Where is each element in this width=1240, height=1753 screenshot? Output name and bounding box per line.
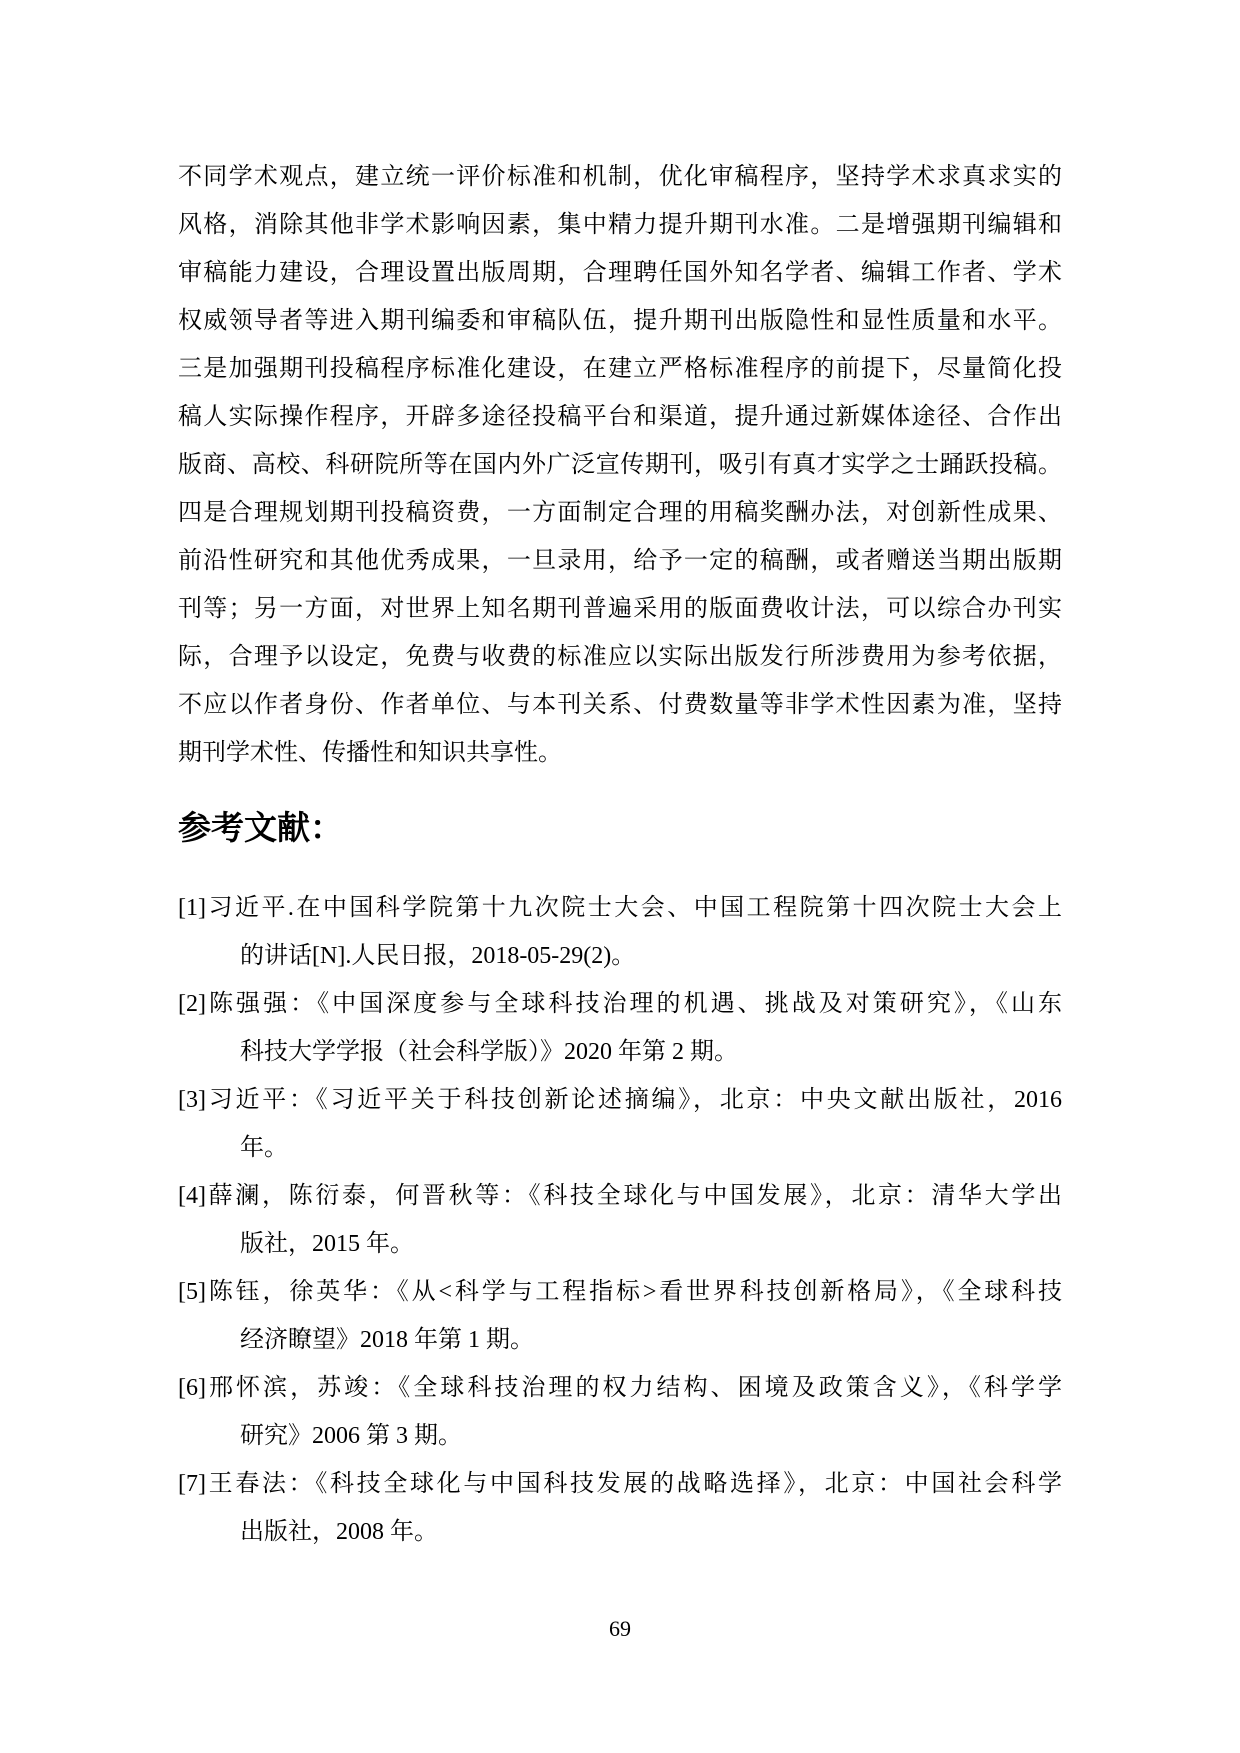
reference-continuation-line: 出版社，2008 年。 <box>178 1508 1062 1556</box>
reference-line: [2]陈强强：《中国深度参与全球科技治理的机遇、挑战及对策研究》，《山东 <box>178 980 1062 1028</box>
reference-line: [6]邢怀滨，苏竣：《全球科技治理的权力结构、困境及政策含义》，《科学学 <box>178 1364 1062 1412</box>
body-line: 期刊学术性、传播性和知识共享性。 <box>178 729 1062 777</box>
reference-continuation-line: 版社，2015 年。 <box>178 1220 1062 1268</box>
body-line: 际，合理予以设定，免费与收费的标准应以实际出版发行所涉费用为参考依据， <box>178 633 1062 681</box>
body-line: 风格，消除其他非学术影响因素，集中精力提升期刊水准。二是增强期刊编辑和 <box>178 201 1062 249</box>
reference-continuation-line: 年。 <box>178 1124 1062 1172</box>
body-paragraph: 不同学术观点，建立统一评价标准和机制，优化审稿程序，坚持学术求真求实的 风格，消… <box>178 153 1062 777</box>
reference-continuation-line: 的讲话[N].人民日报，2018-05-29(2)。 <box>178 932 1062 980</box>
reference-item: [6]邢怀滨，苏竣：《全球科技治理的权力结构、困境及政策含义》，《科学学 研究》… <box>178 1364 1062 1460</box>
reference-continuation-line: 科技大学学报（社会科学版）》2020 年第 2 期。 <box>178 1028 1062 1076</box>
reference-line: [3]习近平：《习近平关于科技创新论述摘编》，北京：中央文献出版社，2016 <box>178 1076 1062 1124</box>
reference-line: [5]陈钰，徐英华：《从<科学与工程指标>看世界科技创新格局》，《全球科技 <box>178 1268 1062 1316</box>
page-number: 69 <box>609 1616 631 1641</box>
reference-continuation-line: 经济瞭望》2018 年第 1 期。 <box>178 1316 1062 1364</box>
reference-item: [2]陈强强：《中国深度参与全球科技治理的机遇、挑战及对策研究》，《山东 科技大… <box>178 980 1062 1076</box>
reference-item: [5]陈钰，徐英华：《从<科学与工程指标>看世界科技创新格局》，《全球科技 经济… <box>178 1268 1062 1364</box>
reference-item: [4]薛澜，陈衍泰，何晋秋等：《科技全球化与中国发展》，北京：清华大学出 版社，… <box>178 1172 1062 1268</box>
document-page: 不同学术观点，建立统一评价标准和机制，优化审稿程序，坚持学术求真求实的 风格，消… <box>0 0 1240 1753</box>
page-footer: 69 <box>0 1614 1240 1644</box>
body-line: 稿人实际操作程序，开辟多途径投稿平台和渠道，提升通过新媒体途径、合作出 <box>178 393 1062 441</box>
body-line: 版商、高校、科研院所等在国内外广泛宣传期刊，吸引有真才实学之士踊跃投稿。 <box>178 441 1062 489</box>
reference-line: [7]王春法：《科技全球化与中国科技发展的战略选择》，北京：中国社会科学 <box>178 1460 1062 1508</box>
body-line: 权威领导者等进入期刊编委和审稿队伍，提升期刊出版隐性和显性质量和水平。 <box>178 297 1062 345</box>
body-line: 三是加强期刊投稿程序标准化建设，在建立严格标准程序的前提下，尽量简化投 <box>178 345 1062 393</box>
body-line: 前沿性研究和其他优秀成果，一旦录用，给予一定的稿酬，或者赠送当期出版期 <box>178 537 1062 585</box>
body-line: 审稿能力建设，合理设置出版周期，合理聘任国外知名学者、编辑工作者、学术 <box>178 249 1062 297</box>
body-line: 刊等；另一方面，对世界上知名期刊普遍采用的版面费收计法，可以综合办刊实 <box>178 585 1062 633</box>
body-line: 四是合理规划期刊投稿资费，一方面制定合理的用稿奖酬办法，对创新性成果、 <box>178 489 1062 537</box>
reference-line: [1]习近平.在中国科学院第十九次院士大会、中国工程院第十四次院士大会上 <box>178 884 1062 932</box>
reference-item: [7]王春法：《科技全球化与中国科技发展的战略选择》，北京：中国社会科学 出版社… <box>178 1460 1062 1556</box>
reference-item: [1]习近平.在中国科学院第十九次院士大会、中国工程院第十四次院士大会上 的讲话… <box>178 884 1062 980</box>
body-line: 不应以作者身份、作者单位、与本刊关系、付费数量等非学术性因素为准，坚持 <box>178 681 1062 729</box>
body-line: 不同学术观点，建立统一评价标准和机制，优化审稿程序，坚持学术求真求实的 <box>178 153 1062 201</box>
reference-line: [4]薛澜，陈衍泰，何晋秋等：《科技全球化与中国发展》，北京：清华大学出 <box>178 1172 1062 1220</box>
references-list: [1]习近平.在中国科学院第十九次院士大会、中国工程院第十四次院士大会上 的讲话… <box>178 884 1062 1556</box>
reference-item: [3]习近平：《习近平关于科技创新论述摘编》，北京：中央文献出版社，2016 年… <box>178 1076 1062 1172</box>
references-heading: 参考文献： <box>178 802 343 854</box>
reference-continuation-line: 研究》2006 第 3 期。 <box>178 1412 1062 1460</box>
